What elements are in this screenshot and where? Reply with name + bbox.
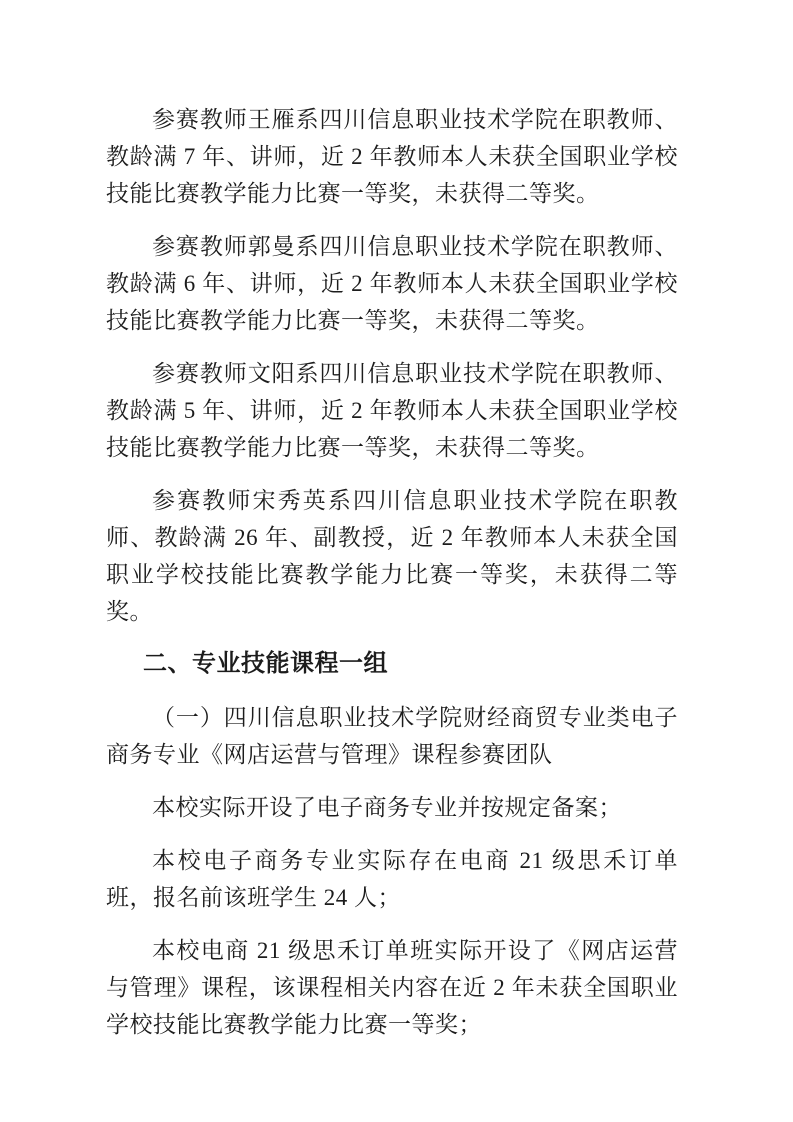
document-page: 参赛教师王雁系四川信息职业技术学院在职教师、教龄满 7 年、讲师，近 2 年教师… (0, 0, 793, 1122)
paragraph-class-students: 本校电子商务专业实际存在电商 21 级思禾订单班，报名前该班学生 24 人； (106, 842, 678, 916)
document-body: 参赛教师王雁系四川信息职业技术学院在职教师、教龄满 7 年、讲师，近 2 年教师… (106, 101, 678, 1043)
paragraph-team-intro: （一）四川信息职业技术学院财经商贸专业类电子商务专业《网店运营与管理》课程参赛团… (106, 699, 678, 773)
paragraph-teacher-wen-yang: 参赛教师文阳系四川信息职业技术学院在职教师、教龄满 5 年、讲师，近 2 年教师… (106, 355, 678, 466)
section-heading-professional-skills-group-one: 二、专业技能课程一组 (106, 646, 678, 683)
paragraph-course-award-status: 本校电商 21 级思禾订单班实际开设了《网店运营与管理》课程，该课程相关内容在近… (106, 932, 678, 1043)
paragraph-major-registered: 本校实际开设了电子商务专业并按规定备案； (106, 789, 678, 826)
paragraph-teacher-song-xiuying: 参赛教师宋秀英系四川信息职业技术学院在职教师、教龄满 26 年、副教授，近 2 … (106, 482, 678, 630)
paragraph-teacher-wang-yan: 参赛教师王雁系四川信息职业技术学院在职教师、教龄满 7 年、讲师，近 2 年教师… (106, 101, 678, 212)
paragraph-teacher-guo-man: 参赛教师郭曼系四川信息职业技术学院在职教师、教龄满 6 年、讲师，近 2 年教师… (106, 228, 678, 339)
